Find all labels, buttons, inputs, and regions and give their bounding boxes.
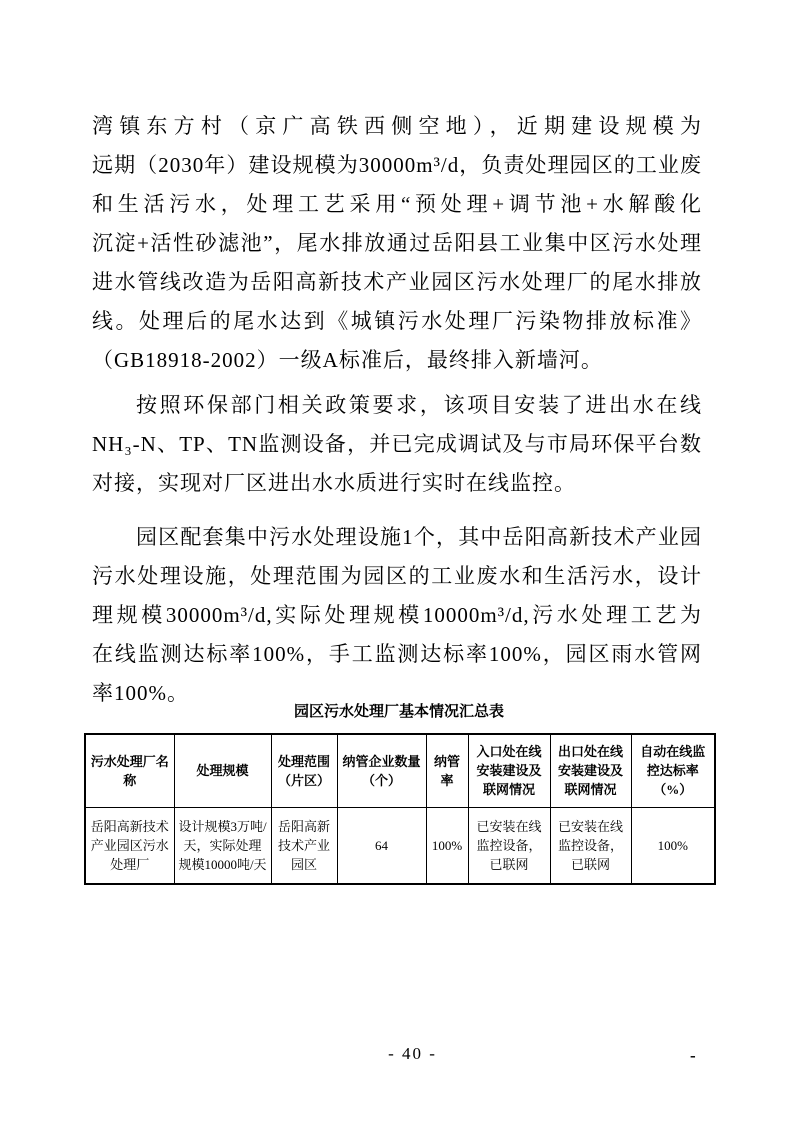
header-cell-auto-rate: 自动在线监控达标率（%） (631, 734, 715, 807)
header-cell-scope: 处理范围（片区） (271, 734, 337, 807)
paragraph-line: 沉淀+活性砂滤池”，尾水排放通过岳阳县工业集中区污水处理厂 (92, 224, 702, 263)
paragraph-line: 线。处理后的尾水达到《城镇污水处理厂污染物排放标准》 (92, 302, 702, 341)
header-cell-outlet-monitoring: 出口处在线安装建设及联网情况 (550, 734, 631, 807)
paragraph-line: NH₃-N、TP、TN监测设备，并已完成调试及与市局环保平台数据 (92, 425, 702, 464)
cell-outlet-monitoring: 已安装在线监控设备，已联网 (550, 807, 631, 884)
header-cell-scale: 处理规模 (174, 734, 271, 807)
paragraph-1: 湾镇东方村（京广高铁西侧空地），近期建设规模为10000m³/d， 远期（203… (92, 107, 702, 380)
cell-scope: 岳阳高新技术产业园区 (271, 807, 337, 884)
footer-dash: - (690, 1046, 696, 1066)
table-title: 园区污水处理厂基本情况汇总表 (84, 701, 714, 723)
summary-table: 污水处理厂名称 处理规模 处理范围（片区） 纳管企业数量（个） 纳管率 入口处在… (84, 733, 716, 885)
cell-enterprise-count: 64 (337, 807, 426, 884)
paragraph-2: 按照环保部门相关政策要求，该项目安装了进出水在线COD、 NH₃-N、TP、TN… (92, 386, 702, 503)
header-cell-plant-name: 污水处理厂名称 (85, 734, 174, 807)
paragraph-3: 园区配套集中污水处理设施1个，其中岳阳高新技术产业园区 污水处理设施，处理范围为… (92, 518, 702, 713)
paragraph-line: （GB18918-2002）一级A标准后，最终排入新墙河。 (92, 341, 702, 380)
cell-connection-rate: 100% (426, 807, 468, 884)
header-cell-enterprise-count: 纳管企业数量（个） (337, 734, 426, 807)
paragraph-line: 湾镇东方村（京广高铁西侧空地），近期建设规模为10000m³/d， (92, 107, 702, 146)
paragraph-line: 远期（2030年）建设规模为30000m³/d，负责处理园区的工业废水 (92, 146, 702, 185)
header-cell-connection-rate: 纳管率 (426, 734, 468, 807)
paragraph-line: 园区配套集中污水处理设施1个，其中岳阳高新技术产业园区 (92, 518, 702, 557)
paragraph-line: 按照环保部门相关政策要求，该项目安装了进出水在线COD、 (92, 386, 702, 425)
table-row: 岳阳高新技术产业园区污水处理厂 设计规模3万吨/天，实际处理规模10000吨/天… (85, 807, 715, 884)
cell-auto-rate: 100% (631, 807, 715, 884)
paragraph-line: 污水处理设施，处理范围为园区的工业废水和生活污水，设计处 (92, 557, 702, 596)
paragraph-line: 进水管线改造为岳阳高新技术产业园区污水处理厂的尾水排放管 (92, 263, 702, 302)
header-cell-inlet-monitoring: 入口处在线安装建设及联网情况 (468, 734, 550, 807)
cell-scale: 设计规模3万吨/天，实际处理规模10000吨/天 (174, 807, 271, 884)
page-number: - 40 - (16, 1044, 793, 1064)
paragraph-line: 理规模30000m³/d,实际处理规模10000m³/d,污水处理工艺为AA/O… (92, 596, 702, 635)
paragraph-line: 对接，实现对厂区进出水水质进行实时在线监控。 (92, 464, 702, 503)
table-header-row: 污水处理厂名称 处理规模 处理范围（片区） 纳管企业数量（个） 纳管率 入口处在… (85, 734, 715, 807)
document-page: 湾镇东方村（京广高铁西侧空地），近期建设规模为10000m³/d， 远期（203… (0, 0, 793, 1122)
paragraph-line: 和生活污水，处理工艺采用“预处理+调节池+水解酸化+AAO+高密 (92, 185, 702, 224)
cell-inlet-monitoring: 已安装在线监控设备，已联网 (468, 807, 550, 884)
cell-plant-name: 岳阳高新技术产业园区污水处理厂 (85, 807, 174, 884)
paragraph-line: 在线监测达标率100%，手工监测达标率100%，园区雨水管网覆盖 (92, 635, 702, 674)
